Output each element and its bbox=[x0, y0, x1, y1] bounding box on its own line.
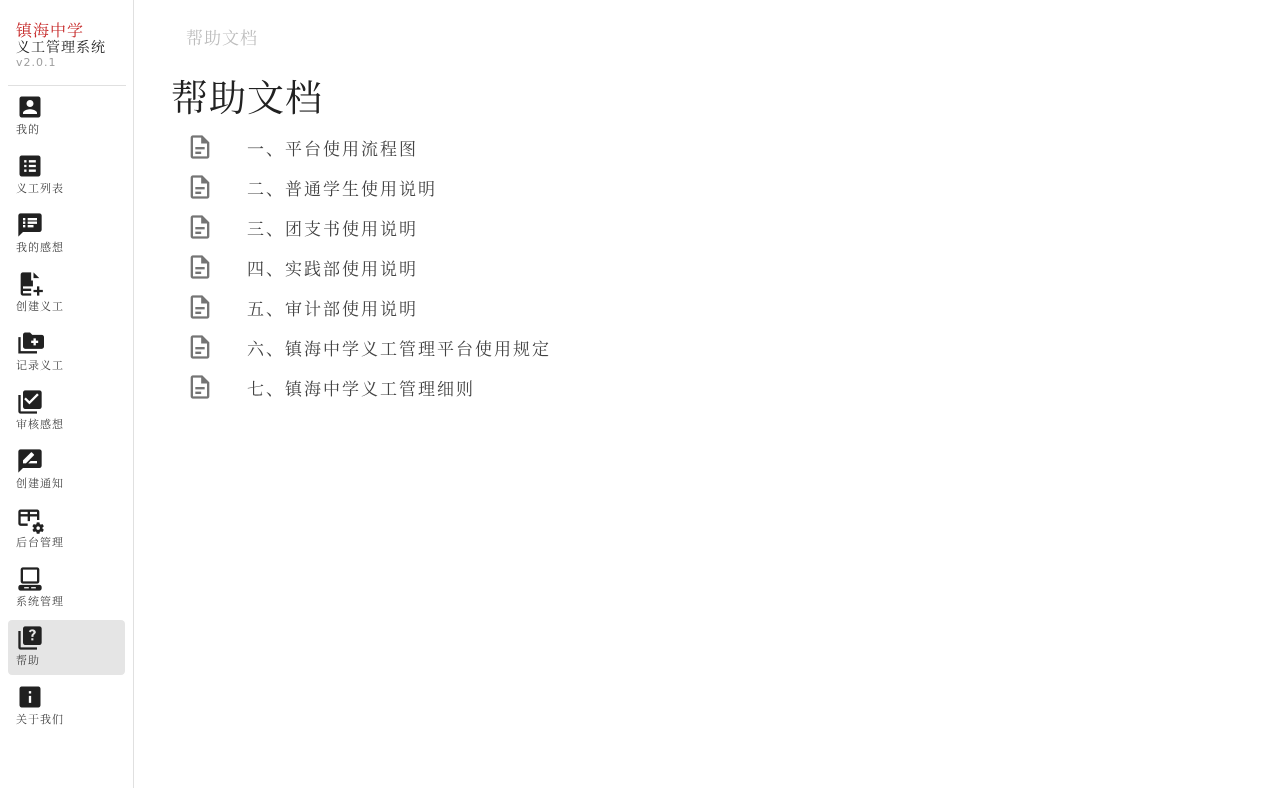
sidebar-item-record-volunteer[interactable]: 记录义工 bbox=[8, 325, 125, 380]
sidebar-item-label: 创建义工 bbox=[16, 300, 125, 314]
sidebar-item-about-us[interactable]: 关于我们 bbox=[8, 679, 125, 734]
file-document-icon bbox=[184, 171, 216, 203]
message-text-icon bbox=[16, 211, 44, 239]
sidebar-item-system-admin[interactable]: 系统管理 bbox=[8, 561, 125, 616]
help-box-multiple-icon bbox=[16, 624, 44, 652]
document-link[interactable]: 六、镇海中学义工管理平台使用规定 bbox=[247, 335, 551, 360]
document-link[interactable]: 二、普通学生使用说明 bbox=[247, 175, 437, 200]
sidebar-item-label: 系统管理 bbox=[16, 595, 125, 609]
sidebar-nav: 我的 义工列表 我的感想 创建义工 记录义工 bbox=[8, 89, 125, 738]
document-item[interactable]: 七、镇海中学义工管理细则 bbox=[184, 367, 551, 407]
sidebar-item-create-volunteer[interactable]: 创建义工 bbox=[8, 266, 125, 321]
divider bbox=[8, 85, 126, 86]
sidebar-item-label: 关于我们 bbox=[16, 713, 125, 727]
file-plus-icon bbox=[16, 270, 44, 298]
account-box-icon bbox=[16, 93, 44, 121]
sidebar-item-mine[interactable]: 我的 bbox=[8, 89, 125, 144]
document-item[interactable]: 一、平台使用流程图 bbox=[184, 127, 551, 167]
file-document-icon bbox=[184, 291, 216, 323]
school-name: 镇海中学 bbox=[16, 22, 133, 40]
sidebar-item-help[interactable]: 帮助 bbox=[8, 620, 125, 675]
page-title: 帮助文档 bbox=[171, 68, 323, 122]
system-name: 义工管理系统 bbox=[16, 40, 133, 56]
document-link[interactable]: 七、镇海中学义工管理细则 bbox=[247, 375, 475, 400]
file-document-icon bbox=[184, 131, 216, 163]
sidebar-item-label: 后台管理 bbox=[16, 536, 125, 550]
document-item[interactable]: 三、团支书使用说明 bbox=[184, 207, 551, 247]
sidebar-item-backend-admin[interactable]: 后台管理 bbox=[8, 502, 125, 557]
message-draw-icon bbox=[16, 447, 44, 475]
file-document-icon bbox=[184, 251, 216, 283]
brand: 镇海中学 义工管理系统 v2.0.1 bbox=[0, 0, 133, 86]
file-document-icon bbox=[184, 331, 216, 363]
version-label: v2.0.1 bbox=[16, 56, 133, 69]
document-link[interactable]: 四、实践部使用说明 bbox=[247, 255, 418, 280]
document-item[interactable]: 五、审计部使用说明 bbox=[184, 287, 551, 327]
main-content: 帮助文档 帮助文档 一、平台使用流程图 二、普通学生使用说明 三、团支书使用说明… bbox=[134, 0, 1269, 788]
document-link[interactable]: 三、团支书使用说明 bbox=[247, 215, 418, 240]
sidebar-item-label: 我的 bbox=[16, 123, 125, 137]
file-document-icon bbox=[184, 371, 216, 403]
sidebar-item-label: 审核感想 bbox=[16, 418, 125, 432]
document-link[interactable]: 一、平台使用流程图 bbox=[247, 135, 418, 160]
document-item[interactable]: 六、镇海中学义工管理平台使用规定 bbox=[184, 327, 551, 367]
sidebar-item-label: 义工列表 bbox=[16, 182, 125, 196]
table-cog-icon bbox=[16, 506, 44, 534]
laptop-icon bbox=[16, 565, 44, 593]
information-icon bbox=[16, 683, 44, 711]
sidebar-item-review-thoughts[interactable]: 审核感想 bbox=[8, 384, 125, 439]
breadcrumb: 帮助文档 bbox=[186, 24, 258, 49]
file-document-icon bbox=[184, 211, 216, 243]
document-list: 一、平台使用流程图 二、普通学生使用说明 三、团支书使用说明 四、实践部使用说明… bbox=[184, 127, 551, 407]
document-link[interactable]: 五、审计部使用说明 bbox=[247, 295, 418, 320]
sidebar-item-label: 记录义工 bbox=[16, 359, 125, 373]
checkbox-multiple-icon bbox=[16, 388, 44, 416]
sidebar-item-label: 我的感想 bbox=[16, 241, 125, 255]
document-item[interactable]: 四、实践部使用说明 bbox=[184, 247, 551, 287]
sidebar: 镇海中学 义工管理系统 v2.0.1 我的 义工列表 我的感想 bbox=[0, 0, 134, 788]
sidebar-item-label: 创建通知 bbox=[16, 477, 125, 491]
sidebar-item-create-notice[interactable]: 创建通知 bbox=[8, 443, 125, 498]
sidebar-item-my-thoughts[interactable]: 我的感想 bbox=[8, 207, 125, 262]
folder-plus-icon bbox=[16, 329, 44, 357]
list-box-icon bbox=[16, 152, 44, 180]
sidebar-item-volunteer-list[interactable]: 义工列表 bbox=[8, 148, 125, 203]
sidebar-item-label: 帮助 bbox=[16, 654, 125, 668]
document-item[interactable]: 二、普通学生使用说明 bbox=[184, 167, 551, 207]
